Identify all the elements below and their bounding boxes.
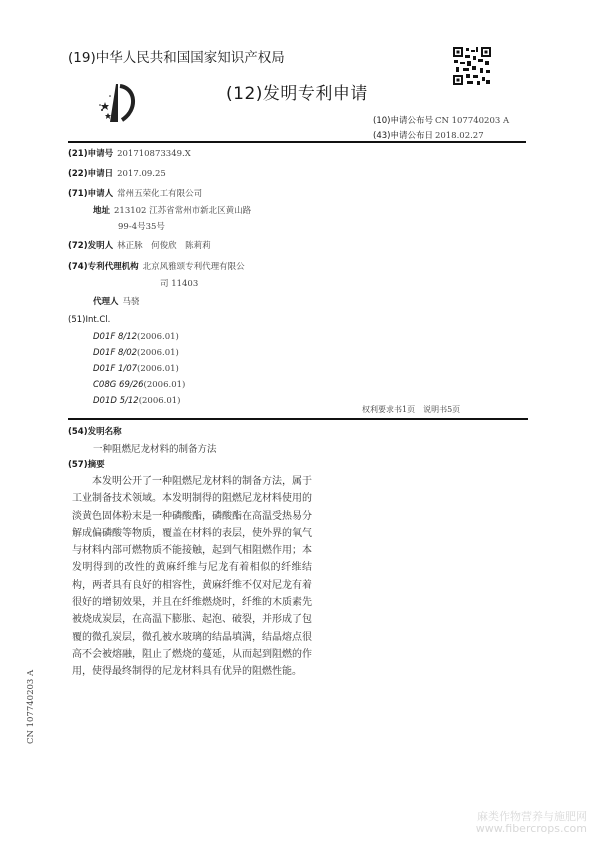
ipc-entry: D01D 5/12(2006.01) xyxy=(93,396,181,406)
page-count-info: 权利要求书1页 说明书5页 xyxy=(362,404,460,415)
publication-date-label: (43)申请公布日 xyxy=(373,131,433,141)
side-publication-number: CN 107740203 A xyxy=(26,670,36,744)
inventors-value: 林正脉 何俊欣 陈莉莉 xyxy=(117,241,211,251)
invention-title: 一种阻燃尼龙材料的制备方法 xyxy=(93,441,217,455)
publication-number-label: (10)申请公布号 xyxy=(373,116,433,126)
agent: 代理人马骁 xyxy=(93,295,140,307)
abstract-label: (57)摘要 xyxy=(68,460,105,470)
application-number: (21)申请号201710873349.X xyxy=(68,147,191,159)
patent-agency-line2: 司 11403 xyxy=(160,279,198,289)
qr-code-icon xyxy=(452,46,492,86)
ipc-entry: D01F 1/07(2006.01) xyxy=(93,364,179,374)
abstract-text: 本发明公开了一种阻燃尼龙材料的制备方法，属于工业制备技术领域。本发明制得的阻燃尼… xyxy=(72,473,312,681)
patent-agency-continued: 司 11403 xyxy=(160,277,198,289)
address-label: 地址 xyxy=(93,206,110,216)
patent-agency-line1: 北京风雅颂专利代理有限公 xyxy=(143,262,245,272)
agent-label: 代理人 xyxy=(93,297,119,307)
applicant: (71)申请人常州五荣化工有限公司 xyxy=(68,187,202,199)
address-line1: 213102 江苏省常州市新北区黄山路 xyxy=(114,206,251,216)
inventors: (72)发明人林正脉 何俊欣 陈莉莉 xyxy=(68,239,211,251)
issuing-office: (19)中华人民共和国国家知识产权局 xyxy=(68,46,285,66)
application-date-label: (22)申请日 xyxy=(68,169,113,179)
application-date: (22)申请日2017.09.25 xyxy=(68,167,166,179)
section-divider xyxy=(68,418,528,420)
application-number-label: (21)申请号 xyxy=(68,149,113,159)
header-divider xyxy=(68,141,526,143)
address: 地址213102 江苏省常州市新北区黄山路 xyxy=(93,204,251,216)
address-line2: 99-4号35号 xyxy=(118,222,165,232)
agent-value: 马骁 xyxy=(123,297,140,307)
cnipa-logo-icon xyxy=(96,80,140,124)
ipc-entry: C08G 69/26(2006.01) xyxy=(93,380,185,390)
application-date-value: 2017.09.25 xyxy=(117,169,166,179)
applicant-label: (71)申请人 xyxy=(68,189,113,199)
ipc-entry: D01F 8/12(2006.01) xyxy=(93,332,179,342)
abstract-heading: (57)摘要 xyxy=(68,458,105,470)
patent-agency-label: (74)专利代理机构 xyxy=(68,262,139,272)
document-type: (12)发明专利申请 xyxy=(226,79,368,104)
ipc-heading: (51)Int.Cl. xyxy=(68,315,110,325)
publication-number: (10)申请公布号CN 107740203 A xyxy=(373,114,509,126)
patent-agency: (74)专利代理机构北京风雅颂专利代理有限公 xyxy=(68,260,245,272)
watermark-url: www.fibercrops.com xyxy=(476,822,587,835)
invention-title-heading: (54)发明名称 xyxy=(68,425,122,437)
ipc-entry: D01F 8/02(2006.01) xyxy=(93,348,179,358)
publication-date-value: 2018.02.27 xyxy=(435,131,484,141)
applicant-value: 常州五荣化工有限公司 xyxy=(117,189,202,199)
publication-date: (43)申请公布日2018.02.27 xyxy=(373,129,484,141)
application-number-value: 201710873349.X xyxy=(117,149,191,159)
invention-title-label: (54)发明名称 xyxy=(68,427,122,437)
inventors-label: (72)发明人 xyxy=(68,241,113,251)
publication-number-value: CN 107740203 A xyxy=(435,116,509,126)
ipc-label: (51)Int.Cl. xyxy=(68,315,110,325)
address-continued: 99-4号35号 xyxy=(118,220,165,232)
